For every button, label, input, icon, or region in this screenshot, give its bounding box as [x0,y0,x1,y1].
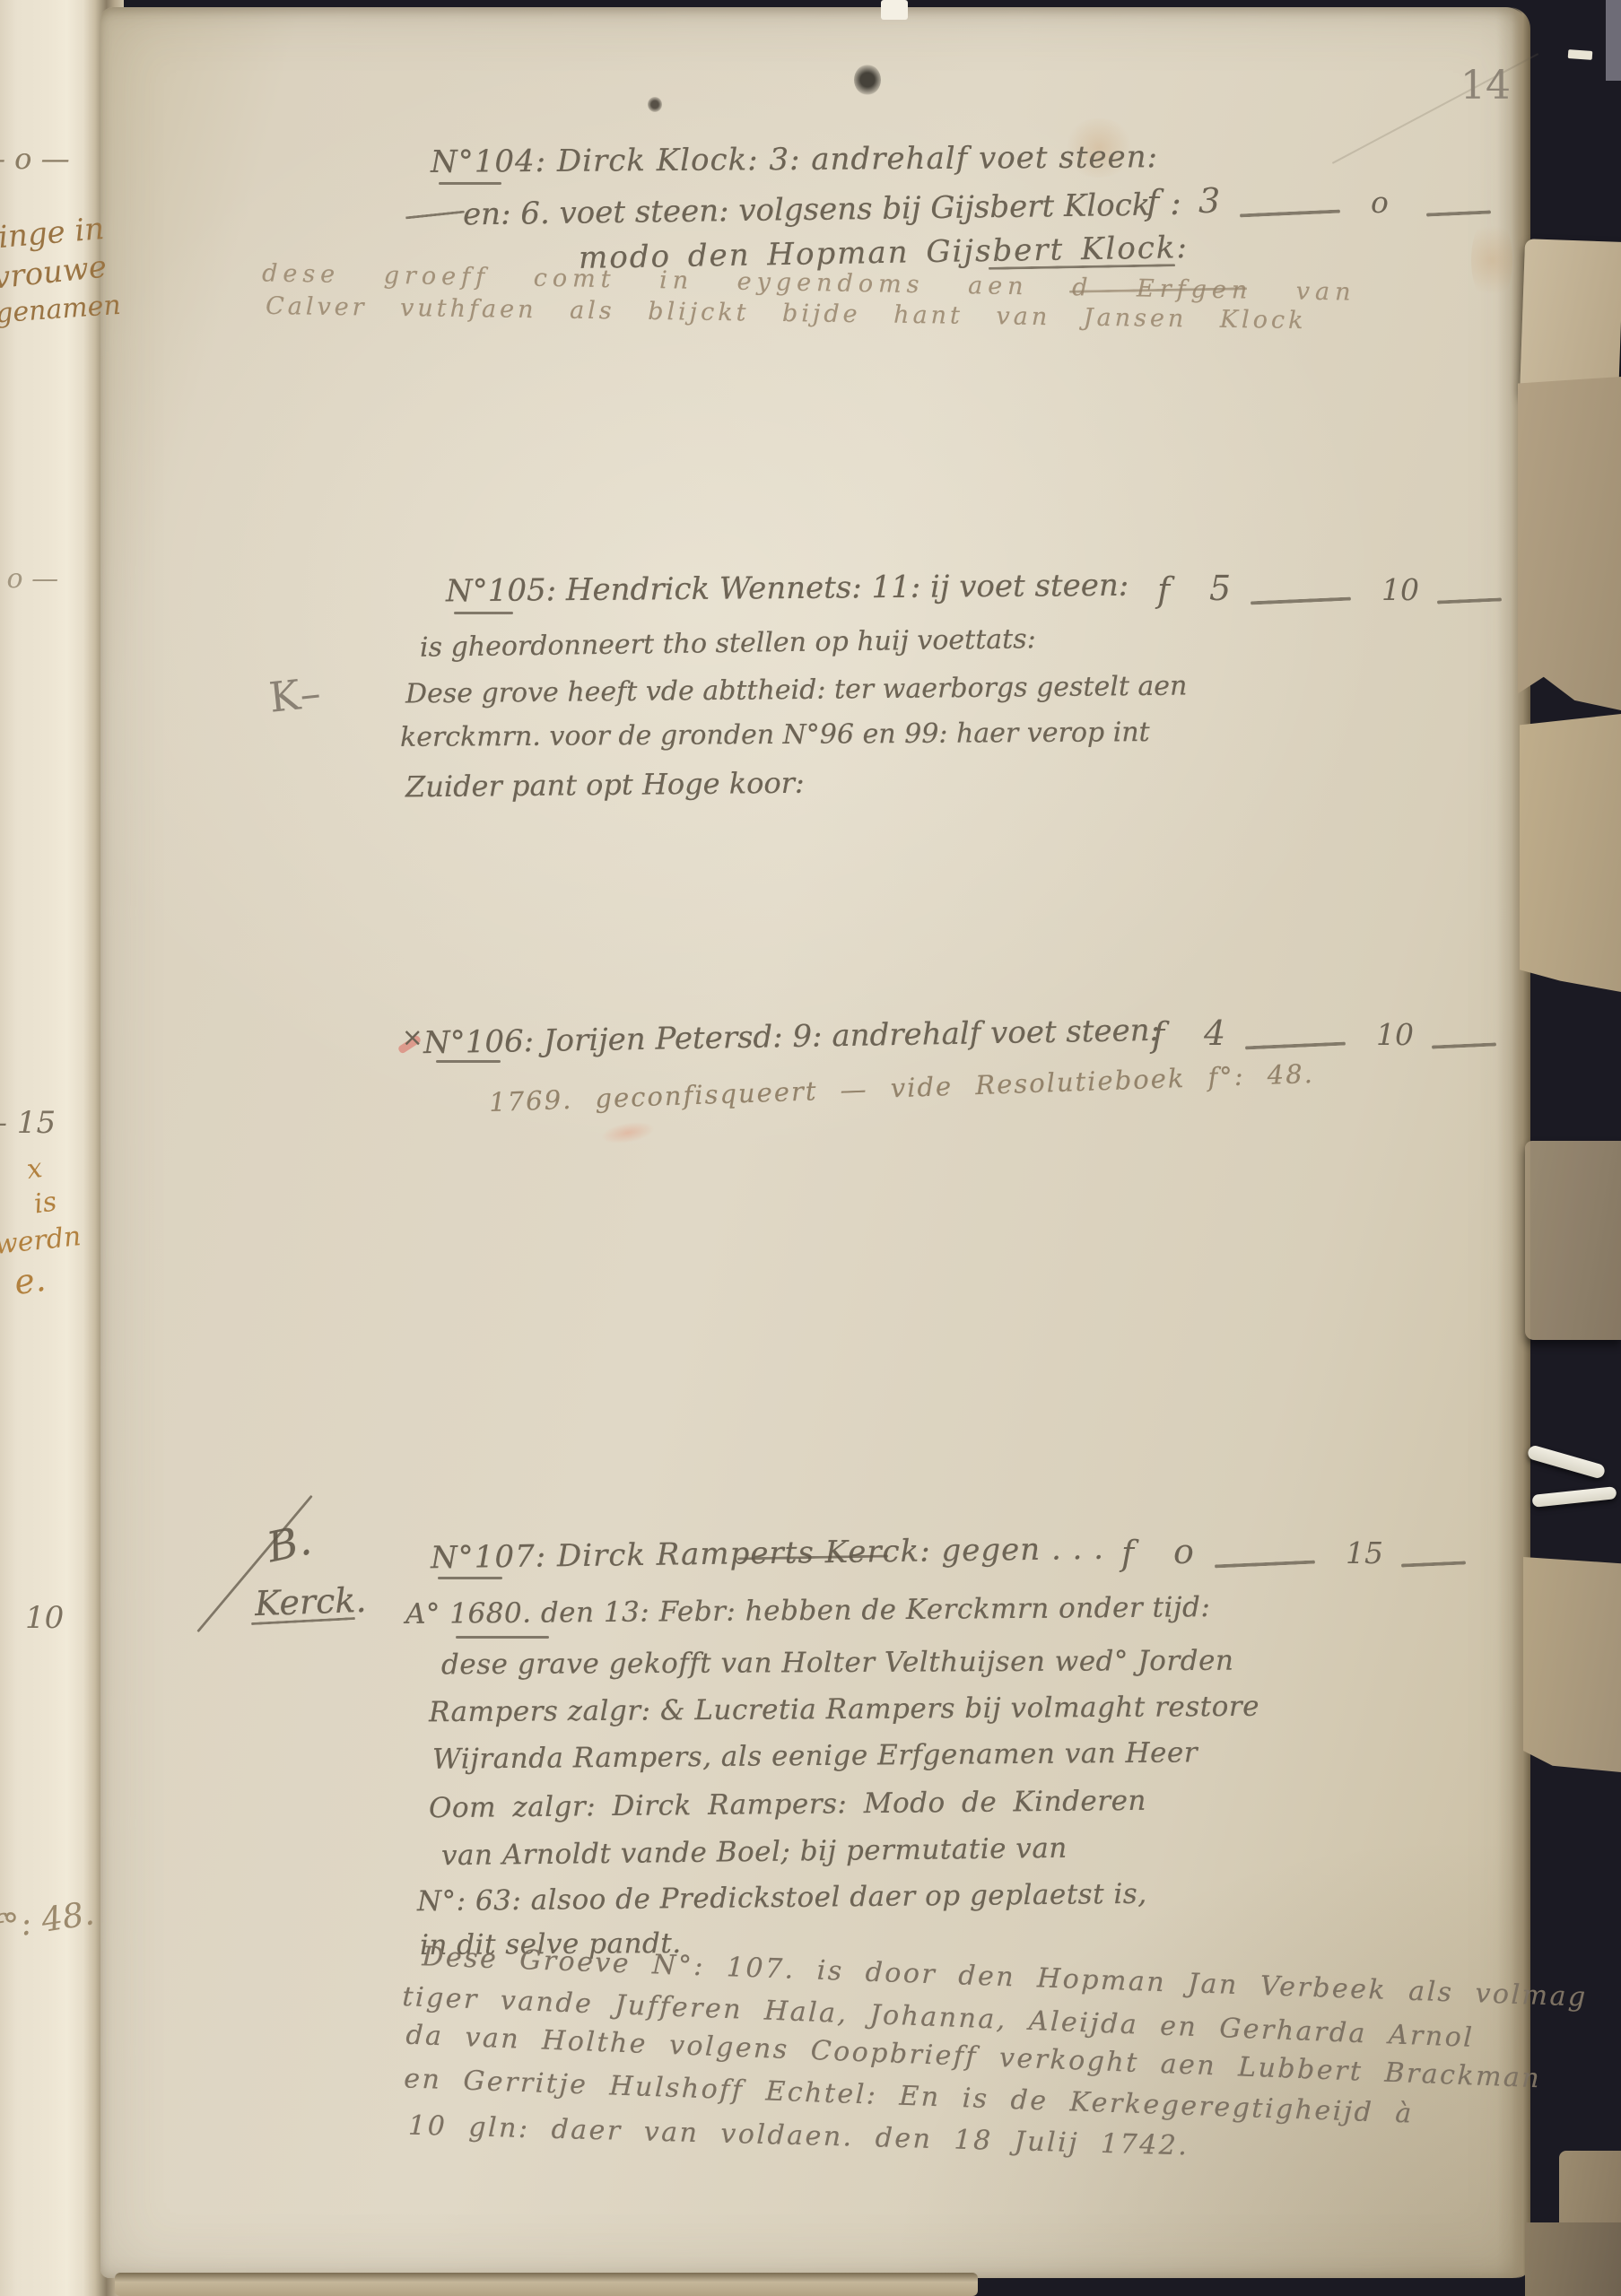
page-tab [1523,1557,1621,1772]
ink-stroke-underline [456,1636,549,1639]
amount-stuivers: 15 [1346,1535,1383,1570]
binding-string [1532,1486,1617,1508]
amount-stuivers: 10 [1376,1017,1414,1052]
page-tab [1520,239,1621,402]
ink-stroke-underline [454,612,513,614]
manuscript-photo: 14 —— o — inge in vrouwe fgenamen —— o —… [0,0,1621,2296]
ink-stroke-underline [438,1577,502,1579]
amount-guilders: o [1173,1532,1194,1571]
binding-string [1526,1444,1606,1480]
amount-stuivers: o [1371,185,1389,220]
margin-fragment: e. [12,1259,48,1302]
margin-fragment: —— o — [0,142,70,176]
page-tab [1525,2222,1621,2296]
page-tab [1525,1141,1621,1340]
amount-dash [1426,210,1491,216]
previous-page-edge [0,0,86,2296]
amount-dash [1240,210,1340,218]
photo-edge-strip [1606,0,1621,81]
amount-row-104: f : 3 o [1146,183,1523,239]
entry-105-line: N°105: Hendrick Wennets: 11: ij voet ste… [446,568,1129,610]
amount-stuivers: 10 [1381,572,1419,607]
entry-105-line: Zuider pant opt Hoge koor: [405,766,805,804]
paper-sliver [881,0,908,20]
page-tab [1520,714,1621,992]
entry-107-line: Wijranda Rampers, als eenige Erfgenamen … [432,1736,1198,1775]
amount-guilders: 5 [1209,569,1231,608]
margin-mark-x: × [402,1022,423,1052]
amount-dash [1251,597,1351,605]
amount-currency: f [1121,1534,1134,1573]
amount-dash [1432,1042,1496,1048]
margin-fragment: —— 15 [0,1105,56,1141]
entry-107-line: dese grave gekofft van Holter Velthuijse… [441,1645,1234,1682]
paper-sliver [1568,49,1593,60]
page-tab [1518,377,1621,710]
margin-fragment: is [32,1186,59,1220]
entry-104-line: N°104: Dirck Klock: 3: andrehalf voet st… [431,139,1158,180]
amount-row-106: f 4 10 [1152,1015,1529,1071]
amount-currency: f [1157,570,1170,610]
amount-guilders: 4 [1204,1013,1225,1053]
ink-blot [854,65,881,95]
amount-dash [1437,597,1502,604]
amount-currency: f : [1146,183,1181,222]
folio-number: 14 [1460,63,1511,109]
amount-dash [1215,1561,1315,1569]
amount-currency: f [1152,1015,1164,1055]
margin-fragment: —— o — [0,563,58,595]
margin-mark-k: K– [266,668,323,722]
ink-blot [648,97,662,112]
amount-dash [1245,1042,1346,1050]
underlying-page-edge [115,2273,978,2296]
amount-dash [1401,1561,1466,1567]
manuscript-page [100,7,1529,2278]
ink-stroke-underline [436,1060,501,1063]
margin-fragment: 10 [25,1600,64,1636]
amount-row-105: f 5 10 [1157,570,1534,626]
amount-guilders: 3 [1198,181,1220,221]
entry-107-line: Rampers zalgr: & Lucretia Rampers bij vo… [429,1691,1259,1728]
amount-row-107: f o 15 [1121,1534,1498,1589]
ink-stroke-underline [439,182,501,185]
entry-105-line: kerckmrn. voor de gronden N°96 en 99: ha… [400,717,1150,753]
